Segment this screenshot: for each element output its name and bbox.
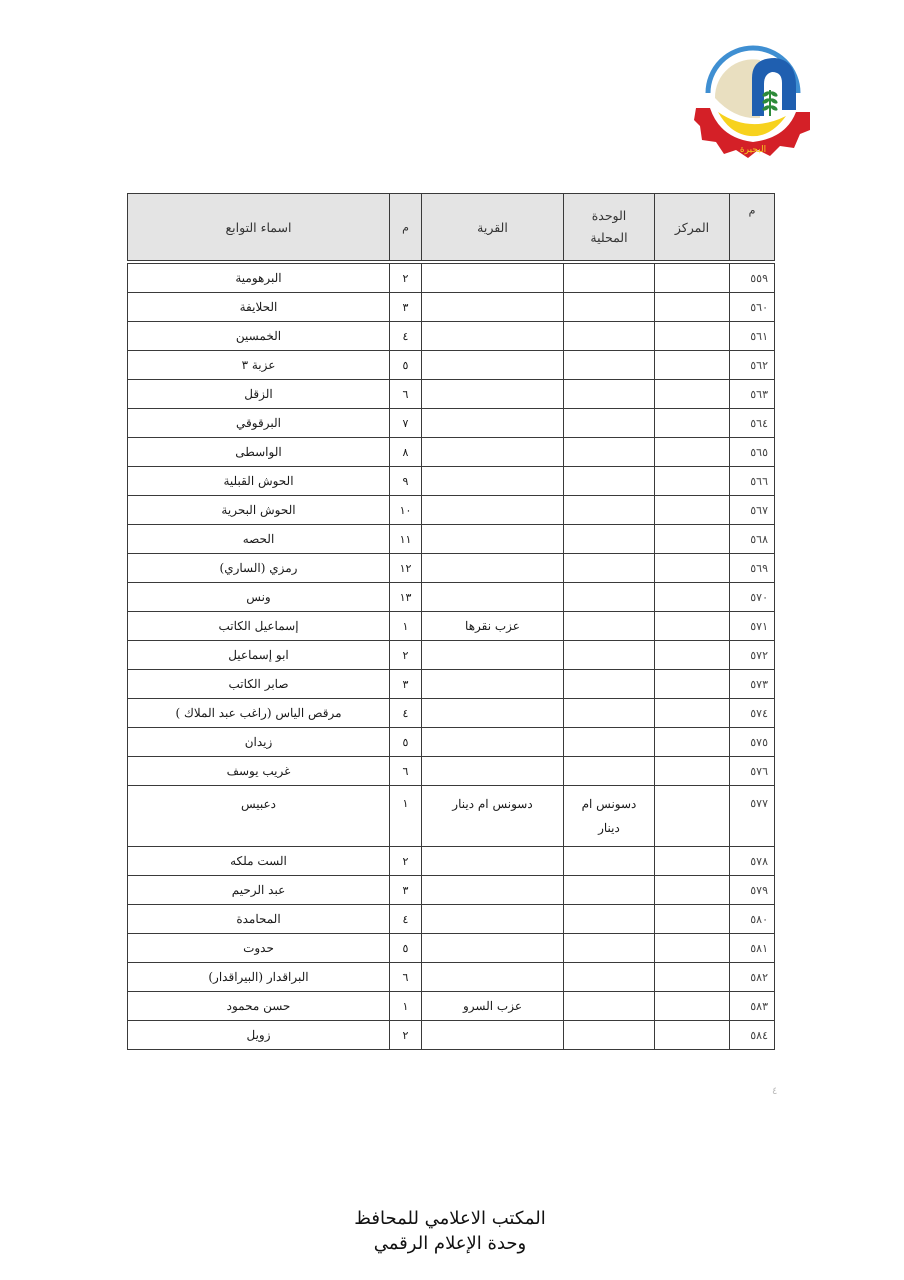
- cell-serial: ٥٦٤: [730, 409, 775, 438]
- cell-village: عزب السرو: [422, 992, 564, 1021]
- cell-serial: ٥٨٤: [730, 1021, 775, 1050]
- table-row: ٥٦٥٨الواسطى: [128, 438, 775, 467]
- cell-serial: ٥٨٣: [730, 992, 775, 1021]
- cell-local-unit: [564, 612, 655, 641]
- cell-serial: ٥٦٦: [730, 467, 775, 496]
- footer-line-office: المكتب الاعلامي للمحافظ: [300, 1206, 600, 1231]
- cell-village: [422, 525, 564, 554]
- table-row: ٥٧٥٥زيدان: [128, 728, 775, 757]
- table-row: ٥٦٧١٠الحوش البحرية: [128, 496, 775, 525]
- cell-center: [655, 1021, 730, 1050]
- cell-hamlet: رمزي (الساري): [128, 554, 390, 583]
- cell-serial: ٥٧٢: [730, 641, 775, 670]
- cell-village: دسونس ام دينار: [422, 786, 564, 847]
- cell-village: [422, 351, 564, 380]
- cell-serial: ٥٧٥: [730, 728, 775, 757]
- table-row: ٥٧١عزب نقرها١إسماعيل الكاتب: [128, 612, 775, 641]
- cell-serial: ٥٦٩: [730, 554, 775, 583]
- cell-hamlet: الحوش البحرية: [128, 496, 390, 525]
- cell-center: [655, 905, 730, 934]
- hamlets-table: م المركز الوحدة المحلية القرية م اسماء ا…: [127, 193, 775, 1050]
- table-row: ٥٦١٤الخمسين: [128, 322, 775, 351]
- cell-local-unit: [564, 1021, 655, 1050]
- cell-hamlet: زويل: [128, 1021, 390, 1050]
- cell-village: [422, 264, 564, 293]
- cell-hamlet: الخمسين: [128, 322, 390, 351]
- cell-local-unit: [564, 438, 655, 467]
- cell-local-unit: [564, 992, 655, 1021]
- cell-serial: ٥٧٠: [730, 583, 775, 612]
- cell-hamlet: البرهومية: [128, 264, 390, 293]
- cell-sub-serial: ١: [390, 612, 422, 641]
- cell-center: [655, 670, 730, 699]
- cell-center: [655, 438, 730, 467]
- table-row: ٥٦٤٧البرقوقي: [128, 409, 775, 438]
- logo-label: البحيرة: [740, 145, 766, 155]
- cell-local-unit: [564, 934, 655, 963]
- cell-hamlet: حسن محمود: [128, 992, 390, 1021]
- cell-village: [422, 1021, 564, 1050]
- cell-village: [422, 293, 564, 322]
- cell-serial: ٥٧٣: [730, 670, 775, 699]
- table-row: ٥٦٦٩الحوش القبلية: [128, 467, 775, 496]
- cell-local-unit: [564, 351, 655, 380]
- header-village: القرية: [422, 194, 564, 261]
- cell-serial: ٥٦٧: [730, 496, 775, 525]
- cell-sub-serial: ٧: [390, 409, 422, 438]
- table-row: ٥٧٣٣صابر الكاتب: [128, 670, 775, 699]
- cell-sub-serial: ٣: [390, 876, 422, 905]
- cell-local-unit: [564, 963, 655, 992]
- cell-serial: ٥٧٩: [730, 876, 775, 905]
- table-row: ٥٧٨٢الست ملكه: [128, 847, 775, 876]
- cell-center: [655, 963, 730, 992]
- cell-sub-serial: ٣: [390, 670, 422, 699]
- cell-local-unit: [564, 380, 655, 409]
- cell-local-unit: [564, 876, 655, 905]
- cell-center: [655, 876, 730, 905]
- cell-center: [655, 322, 730, 351]
- cell-local-unit: [564, 293, 655, 322]
- cell-local-unit: [564, 728, 655, 757]
- header-local-unit: الوحدة المحلية: [564, 194, 655, 261]
- table-row: ٥٧٦٦غريب يوسف: [128, 757, 775, 786]
- table-row: ٥٨١٥حدوت: [128, 934, 775, 963]
- cell-hamlet: دعبيس: [128, 786, 390, 847]
- cell-local-unit: [564, 467, 655, 496]
- cell-center: [655, 496, 730, 525]
- cell-sub-serial: ١٠: [390, 496, 422, 525]
- cell-hamlet: مرقص الياس (راغب عبد الملاك ): [128, 699, 390, 728]
- cell-village: عزب نقرها: [422, 612, 564, 641]
- table-row: ٥٨٢٦البراقدار (البيراقدار): [128, 963, 775, 992]
- cell-sub-serial: ٥: [390, 934, 422, 963]
- cell-serial: ٥٨٢: [730, 963, 775, 992]
- cell-village: [422, 876, 564, 905]
- cell-hamlet: زيدان: [128, 728, 390, 757]
- cell-village: [422, 409, 564, 438]
- cell-center: [655, 380, 730, 409]
- cell-local-unit: [564, 905, 655, 934]
- cell-sub-serial: ٤: [390, 905, 422, 934]
- cell-local-unit: [564, 583, 655, 612]
- cell-local-unit: دسونس ام دينار: [564, 786, 655, 847]
- table-header-row: م المركز الوحدة المحلية القرية م اسماء ا…: [128, 194, 775, 261]
- beheira-governorate-logo: البحيرة: [690, 38, 816, 160]
- cell-center: [655, 264, 730, 293]
- cell-local-unit: [564, 496, 655, 525]
- table-row: ٥٧٠١٣ونس: [128, 583, 775, 612]
- cell-sub-serial: ١: [390, 992, 422, 1021]
- cell-local-unit: [564, 699, 655, 728]
- cell-hamlet: البراقدار (البيراقدار): [128, 963, 390, 992]
- cell-village: [422, 905, 564, 934]
- cell-local-unit: [564, 322, 655, 351]
- cell-sub-serial: ١٢: [390, 554, 422, 583]
- cell-center: [655, 699, 730, 728]
- cell-village: [422, 670, 564, 699]
- table-row: ٥٨٣عزب السرو١حسن محمود: [128, 992, 775, 1021]
- table-row: ٥٧٩٣عبد الرحيم: [128, 876, 775, 905]
- cell-sub-serial: ١١: [390, 525, 422, 554]
- cell-center: [655, 641, 730, 670]
- cell-sub-serial: ٢: [390, 641, 422, 670]
- table-row: ٥٨٤٢زويل: [128, 1021, 775, 1050]
- cell-village: [422, 641, 564, 670]
- cell-center: [655, 351, 730, 380]
- cell-center: [655, 992, 730, 1021]
- logo-emblem-icon: البحيرة: [690, 38, 816, 160]
- cell-serial: ٥٧٧: [730, 786, 775, 847]
- cell-hamlet: الست ملكه: [128, 847, 390, 876]
- cell-serial: ٥٦٢: [730, 351, 775, 380]
- cell-center: [655, 525, 730, 554]
- cell-serial: ٥٧٦: [730, 757, 775, 786]
- cell-village: [422, 934, 564, 963]
- cell-hamlet: الحوش القبلية: [128, 467, 390, 496]
- cell-sub-serial: ٦: [390, 757, 422, 786]
- cell-hamlet: الزقل: [128, 380, 390, 409]
- cell-hamlet: ابو إسماعيل: [128, 641, 390, 670]
- cell-village: [422, 757, 564, 786]
- table-row: ٥٦٢٥عزبة ٣: [128, 351, 775, 380]
- table-row: ٥٦٠٣الحلايفة: [128, 293, 775, 322]
- table-row: ٥٥٩٢البرهومية: [128, 264, 775, 293]
- cell-center: [655, 728, 730, 757]
- table-row: ٥٦٨١١الحصه: [128, 525, 775, 554]
- cell-hamlet: المحامدة: [128, 905, 390, 934]
- cell-hamlet: البرقوقي: [128, 409, 390, 438]
- cell-serial: ٥٥٩: [730, 264, 775, 293]
- cell-center: [655, 786, 730, 847]
- cell-village: [422, 322, 564, 351]
- cell-serial: ٥٧١: [730, 612, 775, 641]
- cell-sub-serial: ٩: [390, 467, 422, 496]
- header-serial: م: [730, 194, 775, 261]
- cell-local-unit: [564, 409, 655, 438]
- cell-village: [422, 380, 564, 409]
- cell-serial: ٥٧٤: [730, 699, 775, 728]
- cell-hamlet: إسماعيل الكاتب: [128, 612, 390, 641]
- cell-center: [655, 847, 730, 876]
- cell-sub-serial: ٨: [390, 438, 422, 467]
- cell-hamlet: حدوت: [128, 934, 390, 963]
- cell-serial: ٥٦٥: [730, 438, 775, 467]
- table-row: ٥٧٢٢ابو إسماعيل: [128, 641, 775, 670]
- cell-serial: ٥٧٨: [730, 847, 775, 876]
- cell-village: [422, 847, 564, 876]
- cell-village: [422, 554, 564, 583]
- cell-serial: ٥٦٠: [730, 293, 775, 322]
- cell-sub-serial: ٢: [390, 847, 422, 876]
- cell-local-unit: [564, 757, 655, 786]
- cell-hamlet: الواسطى: [128, 438, 390, 467]
- cell-center: [655, 554, 730, 583]
- cell-center: [655, 934, 730, 963]
- cell-center: [655, 612, 730, 641]
- cell-local-unit: [564, 525, 655, 554]
- cell-village: [422, 963, 564, 992]
- cell-village: [422, 496, 564, 525]
- header-center: المركز: [655, 194, 730, 261]
- page-number: ٤: [772, 1086, 777, 1097]
- cell-local-unit: [564, 847, 655, 876]
- cell-local-unit: [564, 670, 655, 699]
- cell-center: [655, 467, 730, 496]
- footer-line-unit: وحدة الإعلام الرقمي: [300, 1231, 600, 1256]
- cell-sub-serial: ٤: [390, 699, 422, 728]
- table-body: ٥٥٩٢البرهومية٥٦٠٣الحلايفة٥٦١٤الخمسين٥٦٢٥…: [128, 261, 775, 1050]
- cell-center: [655, 293, 730, 322]
- cell-hamlet: عبد الرحيم: [128, 876, 390, 905]
- cell-hamlet: صابر الكاتب: [128, 670, 390, 699]
- footer: المكتب الاعلامي للمحافظ وحدة الإعلام الر…: [300, 1206, 600, 1256]
- cell-sub-serial: ٣: [390, 293, 422, 322]
- table-row: ٥٨٠٤المحامدة: [128, 905, 775, 934]
- header-sub-serial: م: [390, 194, 422, 261]
- cell-local-unit: [564, 641, 655, 670]
- cell-serial: ٥٦٣: [730, 380, 775, 409]
- cell-sub-serial: ٦: [390, 963, 422, 992]
- cell-sub-serial: ٥: [390, 351, 422, 380]
- cell-hamlet: الحصه: [128, 525, 390, 554]
- cell-sub-serial: ٢: [390, 264, 422, 293]
- cell-hamlet: ونس: [128, 583, 390, 612]
- table-row: ٥٧٤٤مرقص الياس (راغب عبد الملاك ): [128, 699, 775, 728]
- cell-center: [655, 757, 730, 786]
- table-row: ٥٦٩١٢رمزي (الساري): [128, 554, 775, 583]
- cell-serial: ٥٦١: [730, 322, 775, 351]
- cell-sub-serial: ٤: [390, 322, 422, 351]
- cell-sub-serial: ١: [390, 786, 422, 847]
- header-hamlets: اسماء التوابع: [128, 194, 390, 261]
- cell-village: [422, 583, 564, 612]
- cell-center: [655, 583, 730, 612]
- cell-sub-serial: ٥: [390, 728, 422, 757]
- cell-hamlet: عزبة ٣: [128, 351, 390, 380]
- table-row: ٥٧٧دسونس ام ديناردسونس ام دينار١دعبيس: [128, 786, 775, 847]
- cell-serial: ٥٨٠: [730, 905, 775, 934]
- cell-village: [422, 699, 564, 728]
- cell-sub-serial: ٢: [390, 1021, 422, 1050]
- cell-sub-serial: ٦: [390, 380, 422, 409]
- cell-serial: ٥٨١: [730, 934, 775, 963]
- cell-local-unit: [564, 554, 655, 583]
- cell-hamlet: الحلايفة: [128, 293, 390, 322]
- cell-village: [422, 467, 564, 496]
- cell-hamlet: غريب يوسف: [128, 757, 390, 786]
- cell-village: [422, 438, 564, 467]
- cell-local-unit: [564, 264, 655, 293]
- table-row: ٥٦٣٦الزقل: [128, 380, 775, 409]
- cell-village: [422, 728, 564, 757]
- cell-sub-serial: ١٣: [390, 583, 422, 612]
- cell-center: [655, 409, 730, 438]
- cell-serial: ٥٦٨: [730, 525, 775, 554]
